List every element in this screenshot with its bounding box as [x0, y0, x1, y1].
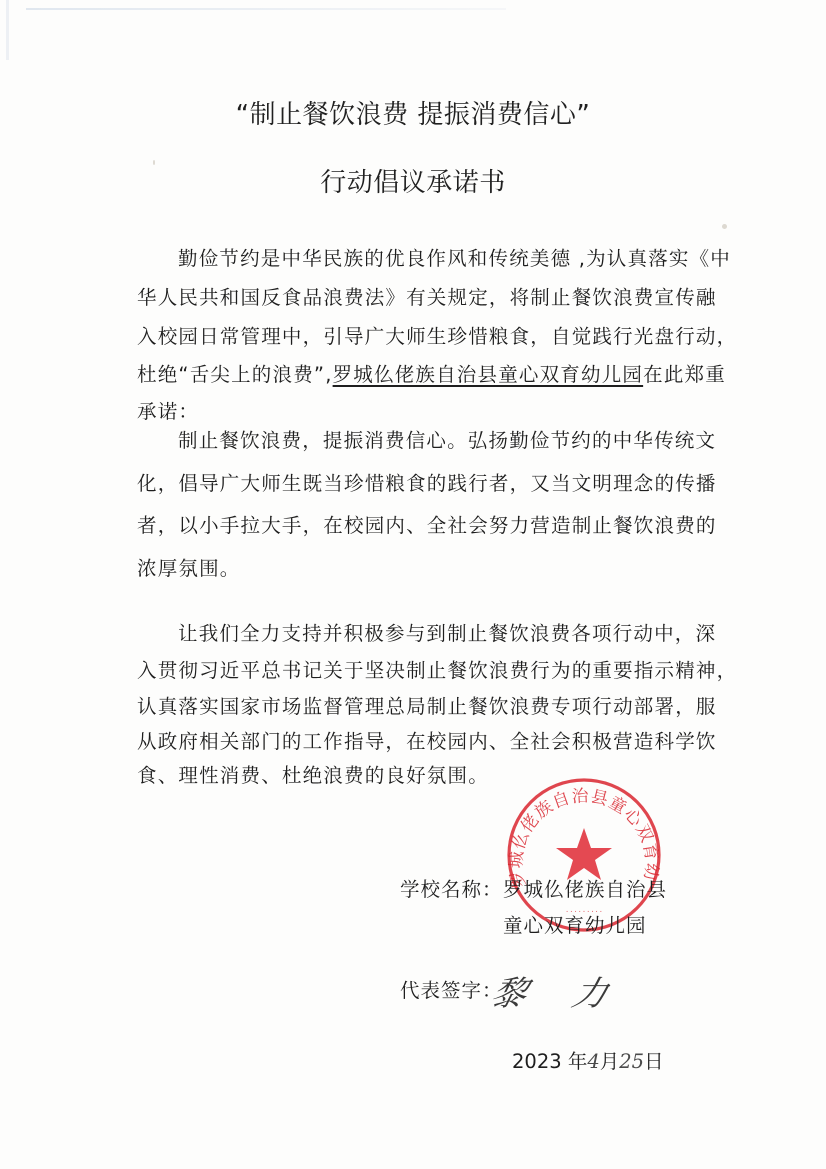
paragraph2-line3: 者，以小手拉大手，在校园内、全社会努力营造制止餐饮浪费的	[137, 510, 717, 538]
paragraph3-line4: 从政府相关部门的工作指导，在校园内、全社会积极营造科学饮	[137, 726, 717, 754]
paragraph1-line1: 勤俭节约是中华民族的优良作风和传统美德 ,为认真落实《中	[178, 243, 731, 271]
scan-artifact-edge	[6, 0, 9, 60]
paragraph3-line5: 食、理性消费、杜绝浪费的良好氛围。	[137, 760, 489, 788]
representative-signature-label: 代表签字：	[400, 975, 503, 1003]
paragraph1-line5: 承诺：	[137, 396, 199, 424]
paragraph1-line4-prefix: 杜绝“舌尖上的浪费”,	[137, 363, 333, 386]
paragraph1-line2: 华人民共和国反食品浪费法》有关规定，将制止餐饮浪费宣传融	[137, 282, 717, 310]
document-page: “制止餐饮浪费 提振消费信心” 行动倡议承诺书 勤俭节约是中华民族的优良作风和传…	[0, 0, 826, 1169]
date-day-label: 日	[644, 1050, 664, 1073]
paragraph2-line4: 浓厚氛围。	[137, 553, 241, 581]
school-name-line2: 童心双育幼儿园	[503, 910, 647, 938]
paragraph1-line4-suffix: 在此郑重	[643, 363, 726, 386]
date-day-handwritten: 25	[619, 1050, 644, 1073]
document-subtitle: 行动倡议承诺书	[0, 162, 826, 199]
handwritten-signature: 黎 力	[487, 966, 632, 1015]
school-name-line1: 罗城仫佬族自治县	[503, 874, 667, 902]
scan-speck	[722, 224, 727, 229]
paragraph1-line4: 杜绝“舌尖上的浪费”,罗城仫佬族自治县童心双育幼儿园在此郑重	[137, 359, 726, 387]
signing-date: 2023 年4月25日	[512, 1046, 664, 1074]
paragraph3-line2: 入贯彻习近平总书记关于坚决制止餐饮浪费行为的重要指示精神，	[137, 655, 737, 683]
paragraph2-line1: 制止餐饮浪费，提振消费信心。弘扬勤俭节约的中华传统文	[178, 425, 716, 453]
date-month-handwritten: 4	[587, 1050, 599, 1073]
scan-artifact-line	[26, 8, 506, 10]
paragraph3-line3: 认真落实国家市场监督管理总局制止餐饮浪费专项行动部署，服	[137, 691, 717, 719]
date-year: 2023 年	[512, 1050, 587, 1073]
star-icon	[556, 828, 612, 880]
paragraph3-line1: 让我们全力支持并积极参与到制止餐饮浪费各项行动中，深	[178, 618, 716, 646]
document-title: “制止餐饮浪费 提振消费信心”	[0, 94, 826, 131]
paragraph1-line3: 入校园日常管理中，引导广大师生珍惜粮食，自觉践行光盘行动，	[137, 321, 737, 349]
date-month-label: 月	[600, 1050, 620, 1073]
school-name-label: 学校名称：	[400, 874, 503, 902]
paragraph2-line2: 化，倡导广大师生既当珍惜粮食的践行者，又当文明理念的传播	[137, 468, 717, 496]
school-name-underlined: 罗城仫佬族自治县童心双育幼儿园	[333, 363, 644, 386]
